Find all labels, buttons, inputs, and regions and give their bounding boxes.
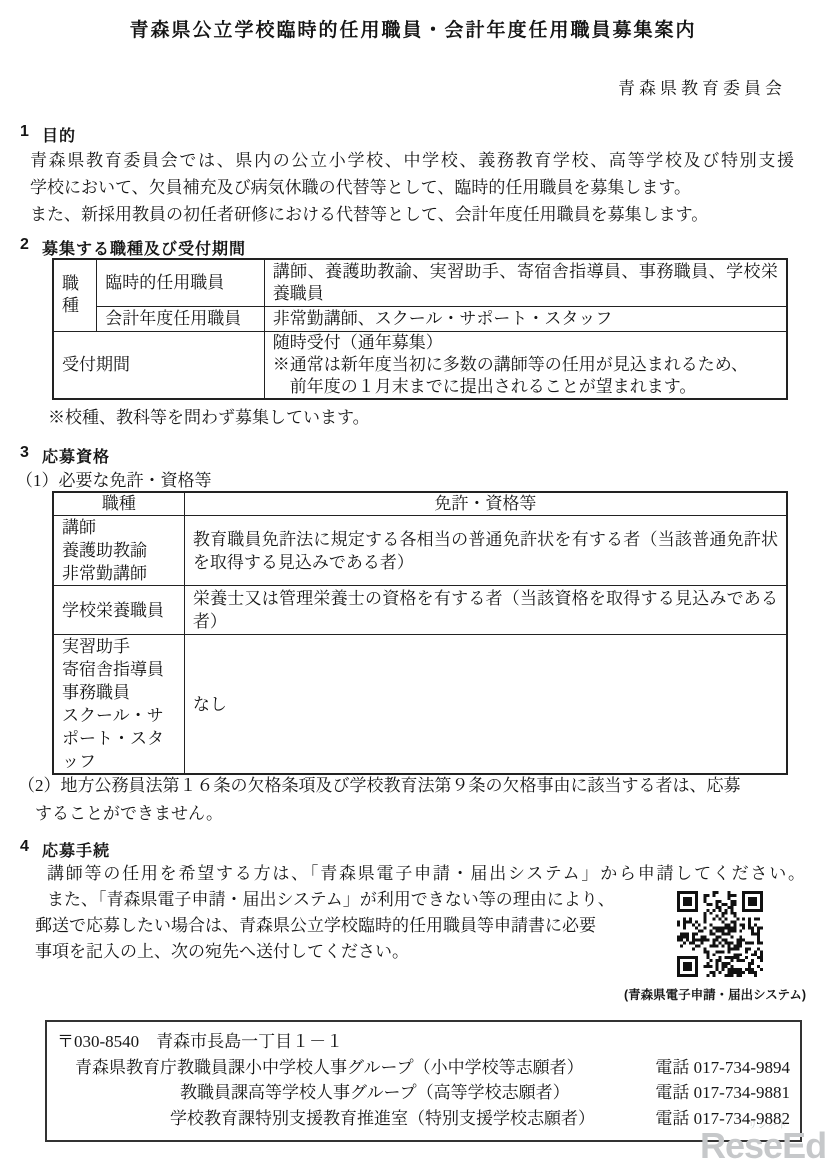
- category-cell: 臨時的任用職員: [97, 259, 264, 306]
- section4-heading-label: 応募手続: [42, 838, 110, 861]
- requirement-cell: なし: [184, 635, 787, 775]
- watermark-ruby: リシード: [748, 1118, 788, 1131]
- recruitment-table: 職種 臨時的任用職員 講師、養護助教諭、実習助手、寄宿舎指導員、事務職員、学校栄…: [52, 258, 788, 400]
- job-name: 学校栄養職員: [62, 599, 176, 622]
- reseed-watermark: リシード ReseEd: [700, 1118, 826, 1168]
- positions-cell: 非常勤講師、スクール・サポート・スタッフ: [264, 306, 787, 331]
- job-name: 実習助手: [62, 635, 176, 658]
- section2-number: 2: [20, 236, 42, 259]
- job-name: 養護助教諭: [62, 539, 176, 562]
- section2-heading-label: 募集する職種及び受付期間: [42, 236, 246, 259]
- section4-number: 4: [20, 838, 42, 861]
- contact-name: 青森県教育庁教職員課小中学校人事グループ（小中学校等志願者）: [75, 1055, 584, 1081]
- page-title: 青森県公立学校臨時的任用職員・会計年度任用職員募集案内: [0, 15, 826, 42]
- table-row: 講師 養護助教諭 非常勤講師 教育職員免許法に規定する各相当の普通免許状を有する…: [53, 516, 787, 586]
- job-cell: 講師 養護助教諭 非常勤講師: [53, 516, 184, 586]
- job-cell: 学校栄養職員: [53, 586, 184, 635]
- recruitment-note: ※校種、教科等を問わず募集しています。: [48, 403, 370, 428]
- table-row: 実習助手 寄宿舎指導員 事務職員 スクール・サポート・スタッフ なし: [53, 635, 787, 775]
- period-cell: 随時受付（通年募集） ※通常は新年度当初に多数の講師等の任用が見込まれるため、 …: [264, 331, 787, 399]
- table-row: 職種 臨時的任用職員 講師、養護助教諭、実習助手、寄宿舎指導員、事務職員、学校栄…: [53, 259, 787, 306]
- qr-code-image: [677, 891, 763, 977]
- contact-phone: 電話 017-734-9894: [655, 1055, 790, 1081]
- requirement-cell: 栄養士又は管理栄養士の資格を有する者（当該資格を取得する見込みである者）: [184, 586, 787, 635]
- qualification-sub-label: （1）必要な免許・資格等: [16, 466, 212, 491]
- license-column-header: 免許・資格等: [184, 492, 787, 516]
- paragraph-line: また、新採用教員の初任者研修における代替等として、会計年度任用職員を募集します。: [30, 201, 794, 228]
- category-cell: 会計年度任用職員: [97, 306, 264, 331]
- section3-heading-label: 応募資格: [42, 444, 110, 467]
- paragraph-line: 学校において、欠員補充及び病気休職の代替等として、臨時的任用職員を募集します。: [30, 174, 794, 201]
- job-name: スクール・サポート・スタッフ: [62, 704, 176, 773]
- table-row: 会計年度任用職員 非常勤講師、スクール・サポート・スタッフ: [53, 306, 787, 331]
- section1-paragraph: 青森県教育委員会では、県内の公立小学校、中学校、義務教育学校、高等学校及び特別支…: [30, 147, 794, 228]
- document-page: 青森県公立学校臨時的任用職員・会計年度任用職員募集案内 青森県教育委員会 1 目…: [0, 0, 826, 1171]
- paragraph-line: することができません。: [18, 800, 741, 828]
- job-name: 事務職員: [62, 681, 176, 704]
- section1-heading-label: 目的: [42, 123, 76, 146]
- job-name: 寄宿舎指導員: [62, 658, 176, 681]
- job-name: 非常勤講師: [62, 562, 176, 585]
- paragraph-line: （2）地方公務員法第１６条の欠格条項及び学校教育法第９条の欠格事由に該当する者は…: [18, 772, 741, 800]
- job-name: 講師: [62, 516, 176, 539]
- section4-heading: 4 応募手続: [20, 838, 110, 861]
- positions-cell: 講師、養護助教諭、実習助手、寄宿舎指導員、事務職員、学校栄養職員: [264, 259, 787, 306]
- period-label-cell: 受付期間: [53, 331, 264, 399]
- section3-heading: 3 応募資格: [20, 444, 110, 467]
- paragraph-line: 青森県教育委員会では、県内の公立小学校、中学校、義務教育学校、高等学校及び特別支…: [30, 147, 794, 174]
- section1-number: 1: [20, 123, 42, 146]
- section3-number: 3: [20, 444, 42, 467]
- watermark-logo: ReseEd: [700, 1128, 826, 1164]
- section1-heading: 1 目的: [20, 123, 76, 146]
- requirement-cell: 教育職員免許法に規定する各相当の普通免許状を有する者（当該普通免許状を取得する見…: [184, 516, 787, 586]
- issuing-organization: 青森県教育委員会: [618, 74, 786, 99]
- table-header-row: 職種 免許・資格等: [53, 492, 787, 516]
- section2-heading: 2 募集する職種及び受付期間: [20, 236, 246, 259]
- period-line: 随時受付（通年募集）: [273, 332, 778, 354]
- contact-row: 教職員課高等学校人事グループ（高等学校志願者） 電話 017-734-9881: [57, 1080, 790, 1106]
- job-cell: 実習助手 寄宿舎指導員 事務職員 スクール・サポート・スタッフ: [53, 635, 184, 775]
- contact-row: 青森県教育庁教職員課小中学校人事グループ（小中学校等志願者） 電話 017-73…: [57, 1055, 790, 1081]
- qualification-table: 職種 免許・資格等 講師 養護助教諭 非常勤講師 教育職員免許法に規定する各相当…: [52, 491, 788, 775]
- contact-phone: 電話 017-734-9881: [655, 1080, 790, 1106]
- paragraph-line: 講師等の任用を希望する方は、「青森県電子申請・届出システム」から申請してください…: [35, 861, 805, 887]
- period-line: 前年度の１月末までに提出されることが望まれます。: [273, 376, 778, 398]
- job-type-label-cell: 職種: [53, 259, 97, 331]
- qr-code: [677, 891, 763, 977]
- table-row: 学校栄養職員 栄養士又は管理栄養士の資格を有する者（当該資格を取得する見込みであ…: [53, 586, 787, 635]
- table-row: 受付期間 随時受付（通年募集） ※通常は新年度当初に多数の講師等の任用が見込まれ…: [53, 331, 787, 399]
- contact-name: 教職員課高等学校人事グループ（高等学校志願者）: [180, 1080, 570, 1106]
- contact-row: 学校教育課特別支援教育推進室（特別支援学校志願者） 電話 017-734-988…: [57, 1106, 790, 1132]
- job-column-header: 職種: [53, 492, 184, 516]
- contact-name: 学校教育課特別支援教育推進室（特別支援学校志願者）: [170, 1106, 595, 1132]
- contact-address-box: 〒030-8540 青森市長島一丁目１－１ 青森県教育庁教職員課小中学校人事グル…: [45, 1020, 802, 1142]
- disqualification-paragraph: （2）地方公務員法第１６条の欠格条項及び学校教育法第９条の欠格事由に該当する者は…: [18, 772, 741, 828]
- qr-caption: (青森県電子申請・届出システム): [624, 985, 820, 1003]
- postal-address: 〒030-8540 青森市長島一丁目１－１: [57, 1029, 790, 1055]
- period-line: ※通常は新年度当初に多数の講師等の任用が見込まれるため、: [273, 354, 778, 376]
